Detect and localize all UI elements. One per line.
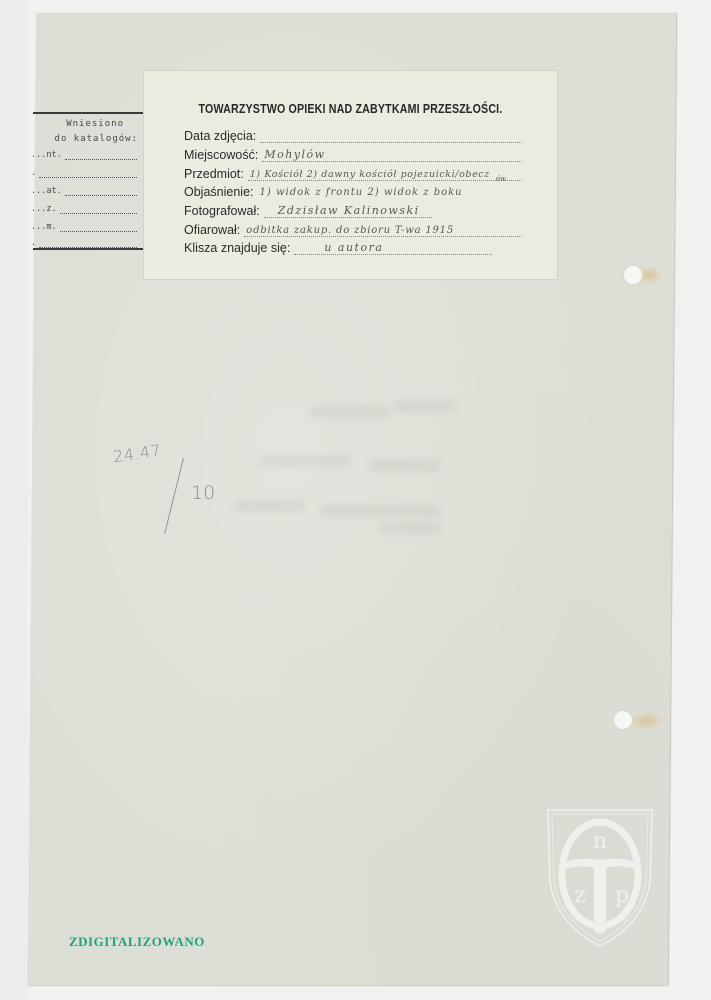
field-value: odbitka zakup. do zbioru T-wa 1915 bbox=[246, 225, 454, 236]
society-label-card: TOWARZYSTWO OPIEKI NAD ZABYTKAMI PRZESZŁ… bbox=[143, 70, 558, 280]
field-value: 1) widok z frontu 2) widok z boku bbox=[260, 187, 463, 198]
field-location: Miejscowość: Mohylów bbox=[184, 146, 522, 162]
field-value: Mohylów bbox=[264, 148, 325, 161]
catalog-stamp-row: ...z. bbox=[33, 204, 137, 214]
dotted-line bbox=[39, 241, 137, 248]
field-label: Przedmiot: bbox=[184, 167, 244, 181]
show-through-mark bbox=[310, 405, 390, 419]
digitized-stamp: ZDIGITALIZOWANO bbox=[69, 934, 205, 950]
catalog-stamp-row: . bbox=[33, 238, 137, 248]
catalog-stamp-row: . bbox=[33, 168, 137, 178]
dotted-line bbox=[39, 171, 137, 178]
catalog-stamp-subtitle: do katalogów: bbox=[33, 134, 138, 144]
show-through-mark bbox=[320, 505, 440, 517]
svg-text:p: p bbox=[615, 883, 629, 908]
field-donor: Ofiarował: odbitka zakup. do zbioru T-wa… bbox=[184, 221, 522, 237]
catalog-stamp-row-label: ...nt. bbox=[33, 150, 62, 160]
field-date: Data zdjęcia: bbox=[184, 127, 522, 143]
field-line: Mohylów bbox=[262, 147, 522, 162]
catalog-stamp-row: ...m. bbox=[33, 222, 137, 232]
field-line: 1) Kościół 2) dawny kościół pojezuicki/o… bbox=[248, 166, 522, 181]
tozp-shield-logo-icon: n z p bbox=[540, 802, 660, 952]
society-title: TOWARZYSTWO OPIEKI NAD ZABYTKAMI PRZESZŁ… bbox=[181, 101, 520, 116]
show-through-mark bbox=[380, 522, 440, 534]
field-line: 1) widok z frontu 2) widok z boku ów bbox=[258, 184, 523, 199]
stain-mark bbox=[630, 712, 662, 730]
catalog-stamp-row: ...nt. bbox=[33, 150, 137, 160]
pencil-fraction-number: 10 bbox=[191, 482, 215, 504]
catalog-stamp-row-label: ...z. bbox=[33, 204, 57, 214]
field-line: odbitka zakup. do zbioru T-wa 1915 bbox=[244, 222, 522, 237]
catalog-stamp-row-label: . bbox=[33, 168, 36, 178]
field-value: 1) Kościół 2) dawny kościół pojezuicki/o… bbox=[250, 169, 490, 180]
show-through-mark bbox=[395, 400, 455, 412]
field-description: Objaśnienie: 1) widok z frontu 2) widok … bbox=[184, 183, 522, 199]
field-label: Ofiarował: bbox=[184, 223, 240, 237]
punch-hole bbox=[614, 711, 632, 729]
catalog-stamp-row-label: ...m. bbox=[33, 222, 57, 232]
show-through-mark bbox=[370, 460, 440, 472]
field-label: Data zdjęcia: bbox=[184, 129, 256, 143]
field-label: Fotografował: bbox=[184, 204, 260, 218]
catalog-stamp-row-label: ...at. bbox=[33, 186, 62, 196]
svg-text:n: n bbox=[593, 829, 607, 854]
show-through-mark bbox=[235, 500, 305, 512]
field-subject: Przedmiot: 1) Kościół 2) dawny kościół p… bbox=[184, 165, 522, 181]
field-line bbox=[260, 128, 522, 143]
catalog-stamp: Wniesiono do katalogów: ...nt. . ...at. … bbox=[33, 112, 147, 250]
dotted-line bbox=[60, 225, 137, 232]
dotted-line bbox=[60, 207, 137, 214]
svg-text:z: z bbox=[574, 883, 586, 908]
dotted-line bbox=[65, 153, 137, 160]
field-value: u autora bbox=[324, 241, 383, 254]
field-label: Objaśnienie: bbox=[184, 185, 254, 199]
catalog-stamp-title: Wniesiono bbox=[33, 119, 124, 129]
field-label: Miejscowość: bbox=[184, 148, 258, 162]
field-line: u autora bbox=[294, 240, 492, 255]
dotted-line bbox=[65, 189, 137, 196]
punch-hole bbox=[624, 266, 642, 284]
field-negative-location: Klisza znajduje się: u autora bbox=[184, 239, 522, 255]
field-superscript: ów bbox=[496, 175, 506, 183]
field-photographer: Fotografował: Zdzisław Kalinowski bbox=[184, 202, 522, 218]
field-value: Zdzisław Kalinowski bbox=[278, 204, 420, 217]
catalog-stamp-row-label: . bbox=[33, 238, 36, 248]
show-through-mark bbox=[260, 455, 350, 467]
catalog-stamp-row: ...at. bbox=[33, 186, 137, 196]
field-line: Zdzisław Kalinowski bbox=[264, 203, 432, 218]
scan-background-strip bbox=[0, 0, 28, 1000]
field-label: Klisza znajduje się: bbox=[184, 241, 290, 255]
